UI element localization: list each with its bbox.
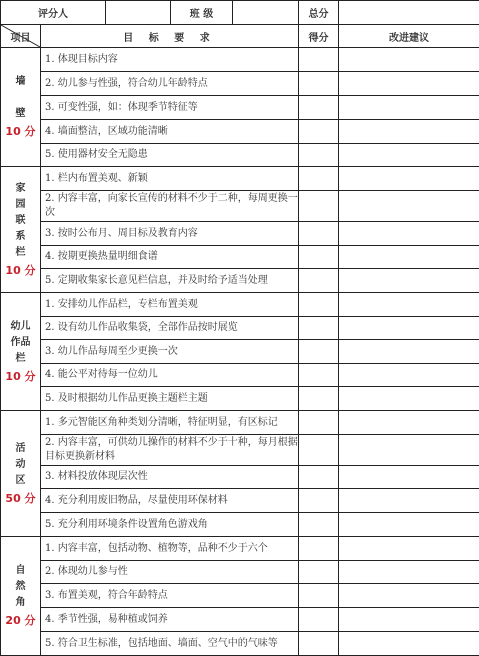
category-wall: 墙 壁 10 分 (1, 48, 41, 167)
category-name-line: 作品 (11, 337, 31, 348)
category-name-line: 动 (16, 459, 26, 470)
table-row: 2. 内容丰富，可供幼儿操作的材料不少于十种，每月根据目标更换新材料 (1, 435, 479, 466)
requirement-item: 3. 材料投放体现层次性 (41, 466, 299, 489)
table-row: 5. 及时根据幼儿作品更换主题栏主题 (1, 387, 479, 411)
requirement-item: 4. 按期更换热量明细食谱 (41, 246, 299, 269)
category-name-line: 活 (16, 443, 26, 454)
table-row: 2. 内容丰富，向家长宣传的材料不少于二种，每周更换一次 (1, 191, 479, 222)
score-cell[interactable] (299, 167, 339, 191)
table-row: 墙 壁 10 分 1. 体现目标内容 (1, 48, 479, 72)
score-cell[interactable] (299, 364, 339, 387)
suggestion-cell[interactable] (339, 269, 479, 293)
table-row: 5. 定期收集家长意见栏信息，并及时给予适当处理 (1, 269, 479, 293)
table-row: 2. 幼儿参与性强，符合幼儿年龄特点 (1, 72, 479, 96)
requirement-item: 1. 多元智能区角种类划分清晰，特征明显，有区标记 (41, 411, 299, 435)
category-name-line: 联 (16, 215, 26, 226)
suggestion-cell[interactable] (339, 561, 479, 584)
table-row: 2. 体现幼儿参与性 (1, 561, 479, 584)
category-activity-area: 活 动 区 50 分 (1, 411, 41, 537)
evaluation-form-table: 评分人 班 级 总分 项目 目 标 要 求 得分 改进建议 墙 壁 10 分 1… (0, 0, 479, 656)
requirement-item: 4. 充分利用废旧物品，尽量使用环保材料 (41, 489, 299, 513)
score-cell[interactable] (299, 466, 339, 489)
scorer-label: 评分人 (1, 1, 106, 25)
table-row: 5. 符合卫生标准，包括地面、墙面、空气中的气味等 (1, 632, 479, 656)
suggestion-cell[interactable] (339, 340, 479, 364)
requirement-item: 4. 墙面整洁，区域功能清晰 (41, 120, 299, 144)
score-cell[interactable] (299, 387, 339, 411)
header-row-columns: 项目 目 标 要 求 得分 改进建议 (1, 25, 479, 48)
suggestion-cell[interactable] (339, 72, 479, 96)
suggestion-cell[interactable] (339, 48, 479, 72)
requirement-item: 5. 定期收集家长意见栏信息，并及时给予适当处理 (41, 269, 299, 293)
requirement-item: 2. 内容丰富，向家长宣传的材料不少于二种，每周更换一次 (41, 191, 299, 222)
suggestion-cell[interactable] (339, 435, 479, 466)
score-cell[interactable] (299, 191, 339, 222)
category-name-line: 墙 (16, 76, 26, 87)
suggestion-cell[interactable] (339, 191, 479, 222)
category-name-line: 角 (16, 597, 26, 608)
category-points: 10 分 (1, 124, 40, 140)
score-cell[interactable] (299, 608, 339, 632)
suggestion-cell[interactable] (339, 387, 479, 411)
suggestion-cell[interactable] (339, 513, 479, 537)
category-name-line: 壁 (16, 108, 26, 119)
score-cell[interactable] (299, 340, 339, 364)
category-name-line: 园 (16, 199, 26, 210)
suggestion-cell[interactable] (339, 364, 479, 387)
requirement-item: 1. 体现目标内容 (41, 48, 299, 72)
score-cell[interactable] (299, 561, 339, 584)
table-row: 4. 充分利用废旧物品，尽量使用环保材料 (1, 489, 479, 513)
class-label: 班 级 (171, 1, 233, 25)
table-row: 3. 材料投放体现层次性 (1, 466, 479, 489)
suggestion-cell[interactable] (339, 120, 479, 144)
header-row-top: 评分人 班 级 总分 (1, 1, 479, 25)
table-row: 3. 可变性强，如：体现季节特征等 (1, 96, 479, 120)
category-points: 10 分 (1, 369, 40, 385)
category-nature-corner: 自 然 角 20 分 (1, 537, 41, 656)
requirement-item: 3. 按时公布月、周目标及教育内容 (41, 222, 299, 246)
score-cell[interactable] (299, 246, 339, 269)
requirement-item: 5. 使用器材安全无隐患 (41, 144, 299, 167)
suggestion-cell[interactable] (339, 489, 479, 513)
total-label: 总分 (299, 1, 339, 25)
category-points: 10 分 (1, 263, 40, 279)
table-row: 3. 按时公布月、周目标及教育内容 (1, 222, 479, 246)
table-row: 4. 墙面整洁，区域功能清晰 (1, 120, 479, 144)
requirement-item: 4. 季节性强，易种植或饲养 (41, 608, 299, 632)
table-row: 幼儿 作品 栏 10 分 1. 安排幼儿作品栏，专栏布置美观 (1, 293, 479, 317)
category-name-line: 栏 (16, 247, 26, 258)
table-row: 3. 幼儿作品每周至少更换一次 (1, 340, 479, 364)
column-item-header: 项目 (1, 25, 41, 48)
score-cell[interactable] (299, 537, 339, 561)
score-cell[interactable] (299, 293, 339, 317)
score-cell[interactable] (299, 513, 339, 537)
suggestion-cell[interactable] (339, 96, 479, 120)
score-cell[interactable] (299, 269, 339, 293)
requirement-item: 2. 体现幼儿参与性 (41, 561, 299, 584)
score-cell[interactable] (299, 120, 339, 144)
table-row: 4. 按期更换热量明细食谱 (1, 246, 479, 269)
suggestion-cell[interactable] (339, 144, 479, 167)
suggestion-cell[interactable] (339, 293, 479, 317)
score-cell[interactable] (299, 222, 339, 246)
requirement-item: 1. 内容丰富，包括动物、植物等，品种不少于六个 (41, 537, 299, 561)
suggestion-cell[interactable] (339, 537, 479, 561)
category-name-line: 系 (16, 231, 26, 242)
requirement-item: 2. 设有幼儿作品收集袋，全部作品按时展览 (41, 317, 299, 340)
score-cell[interactable] (299, 96, 339, 120)
score-cell[interactable] (299, 144, 339, 167)
category-children-works: 幼儿 作品 栏 10 分 (1, 293, 41, 411)
table-row: 3. 布置美观，符合年龄特点 (1, 584, 479, 608)
requirement-item: 2. 内容丰富，可供幼儿操作的材料不少于十种，每月根据目标更换新材料 (41, 435, 299, 466)
requirement-item: 5. 符合卫生标准，包括地面、墙面、空气中的气味等 (41, 632, 299, 656)
requirement-item: 1. 栏内布置美观、新颖 (41, 167, 299, 191)
requirement-item: 2. 幼儿参与性强，符合幼儿年龄特点 (41, 72, 299, 96)
category-points: 50 分 (1, 491, 40, 507)
requirement-item: 1. 安排幼儿作品栏，专栏布置美观 (41, 293, 299, 317)
score-cell[interactable] (299, 48, 339, 72)
requirement-item: 3. 可变性强，如：体现季节特征等 (41, 96, 299, 120)
column-score-header: 得分 (299, 25, 339, 48)
score-cell[interactable] (299, 584, 339, 608)
suggestion-cell[interactable] (339, 411, 479, 435)
total-field[interactable] (339, 1, 479, 25)
suggestion-cell[interactable] (339, 584, 479, 608)
suggestion-cell[interactable] (339, 246, 479, 269)
requirement-item: 5. 充分利用环境条件设置角色游戏角 (41, 513, 299, 537)
table-row: 5. 使用器材安全无隐患 (1, 144, 479, 167)
category-name-line: 自 (16, 565, 26, 576)
column-suggestion-header: 改进建议 (339, 25, 479, 48)
scorer-field[interactable] (106, 1, 171, 25)
table-row: 自 然 角 20 分 1. 内容丰富，包括动物、植物等，品种不少于六个 (1, 537, 479, 561)
table-row: 2. 设有幼儿作品收集袋，全部作品按时展览 (1, 317, 479, 340)
class-field[interactable] (233, 1, 299, 25)
score-cell[interactable] (299, 435, 339, 466)
suggestion-cell[interactable] (339, 222, 479, 246)
category-points: 20 分 (1, 613, 40, 629)
suggestion-cell[interactable] (339, 317, 479, 340)
table-row: 4. 季节性强，易种植或饲养 (1, 608, 479, 632)
table-row: 活 动 区 50 分 1. 多元智能区角种类划分清晰，特征明显，有区标记 (1, 411, 479, 435)
suggestion-cell[interactable] (339, 608, 479, 632)
score-cell[interactable] (299, 632, 339, 656)
requirement-item: 4. 能公平对待每一位幼儿 (41, 364, 299, 387)
suggestion-cell[interactable] (339, 632, 479, 656)
requirement-item: 5. 及时根据幼儿作品更换主题栏主题 (41, 387, 299, 411)
score-cell[interactable] (299, 317, 339, 340)
category-home-school-board: 家 园 联 系 栏 10 分 (1, 167, 41, 293)
category-name-line: 栏 (16, 353, 26, 364)
suggestion-cell[interactable] (339, 167, 479, 191)
suggestion-cell[interactable] (339, 466, 479, 489)
column-item-label: 项目 (11, 33, 31, 44)
requirement-item: 3. 幼儿作品每周至少更换一次 (41, 340, 299, 364)
score-cell[interactable] (299, 411, 339, 435)
table-row: 家 园 联 系 栏 10 分 1. 栏内布置美观、新颖 (1, 167, 479, 191)
category-name-line: 区 (16, 475, 26, 486)
column-requirements-header: 目 标 要 求 (41, 25, 299, 48)
category-name-line: 家 (16, 183, 26, 194)
category-name-line: 幼儿 (11, 321, 31, 332)
score-cell[interactable] (299, 72, 339, 96)
requirement-item: 3. 布置美观，符合年龄特点 (41, 584, 299, 608)
table-row: 4. 能公平对待每一位幼儿 (1, 364, 479, 387)
table-row: 5. 充分利用环境条件设置角色游戏角 (1, 513, 479, 537)
score-cell[interactable] (299, 489, 339, 513)
category-name-line: 然 (16, 581, 26, 592)
